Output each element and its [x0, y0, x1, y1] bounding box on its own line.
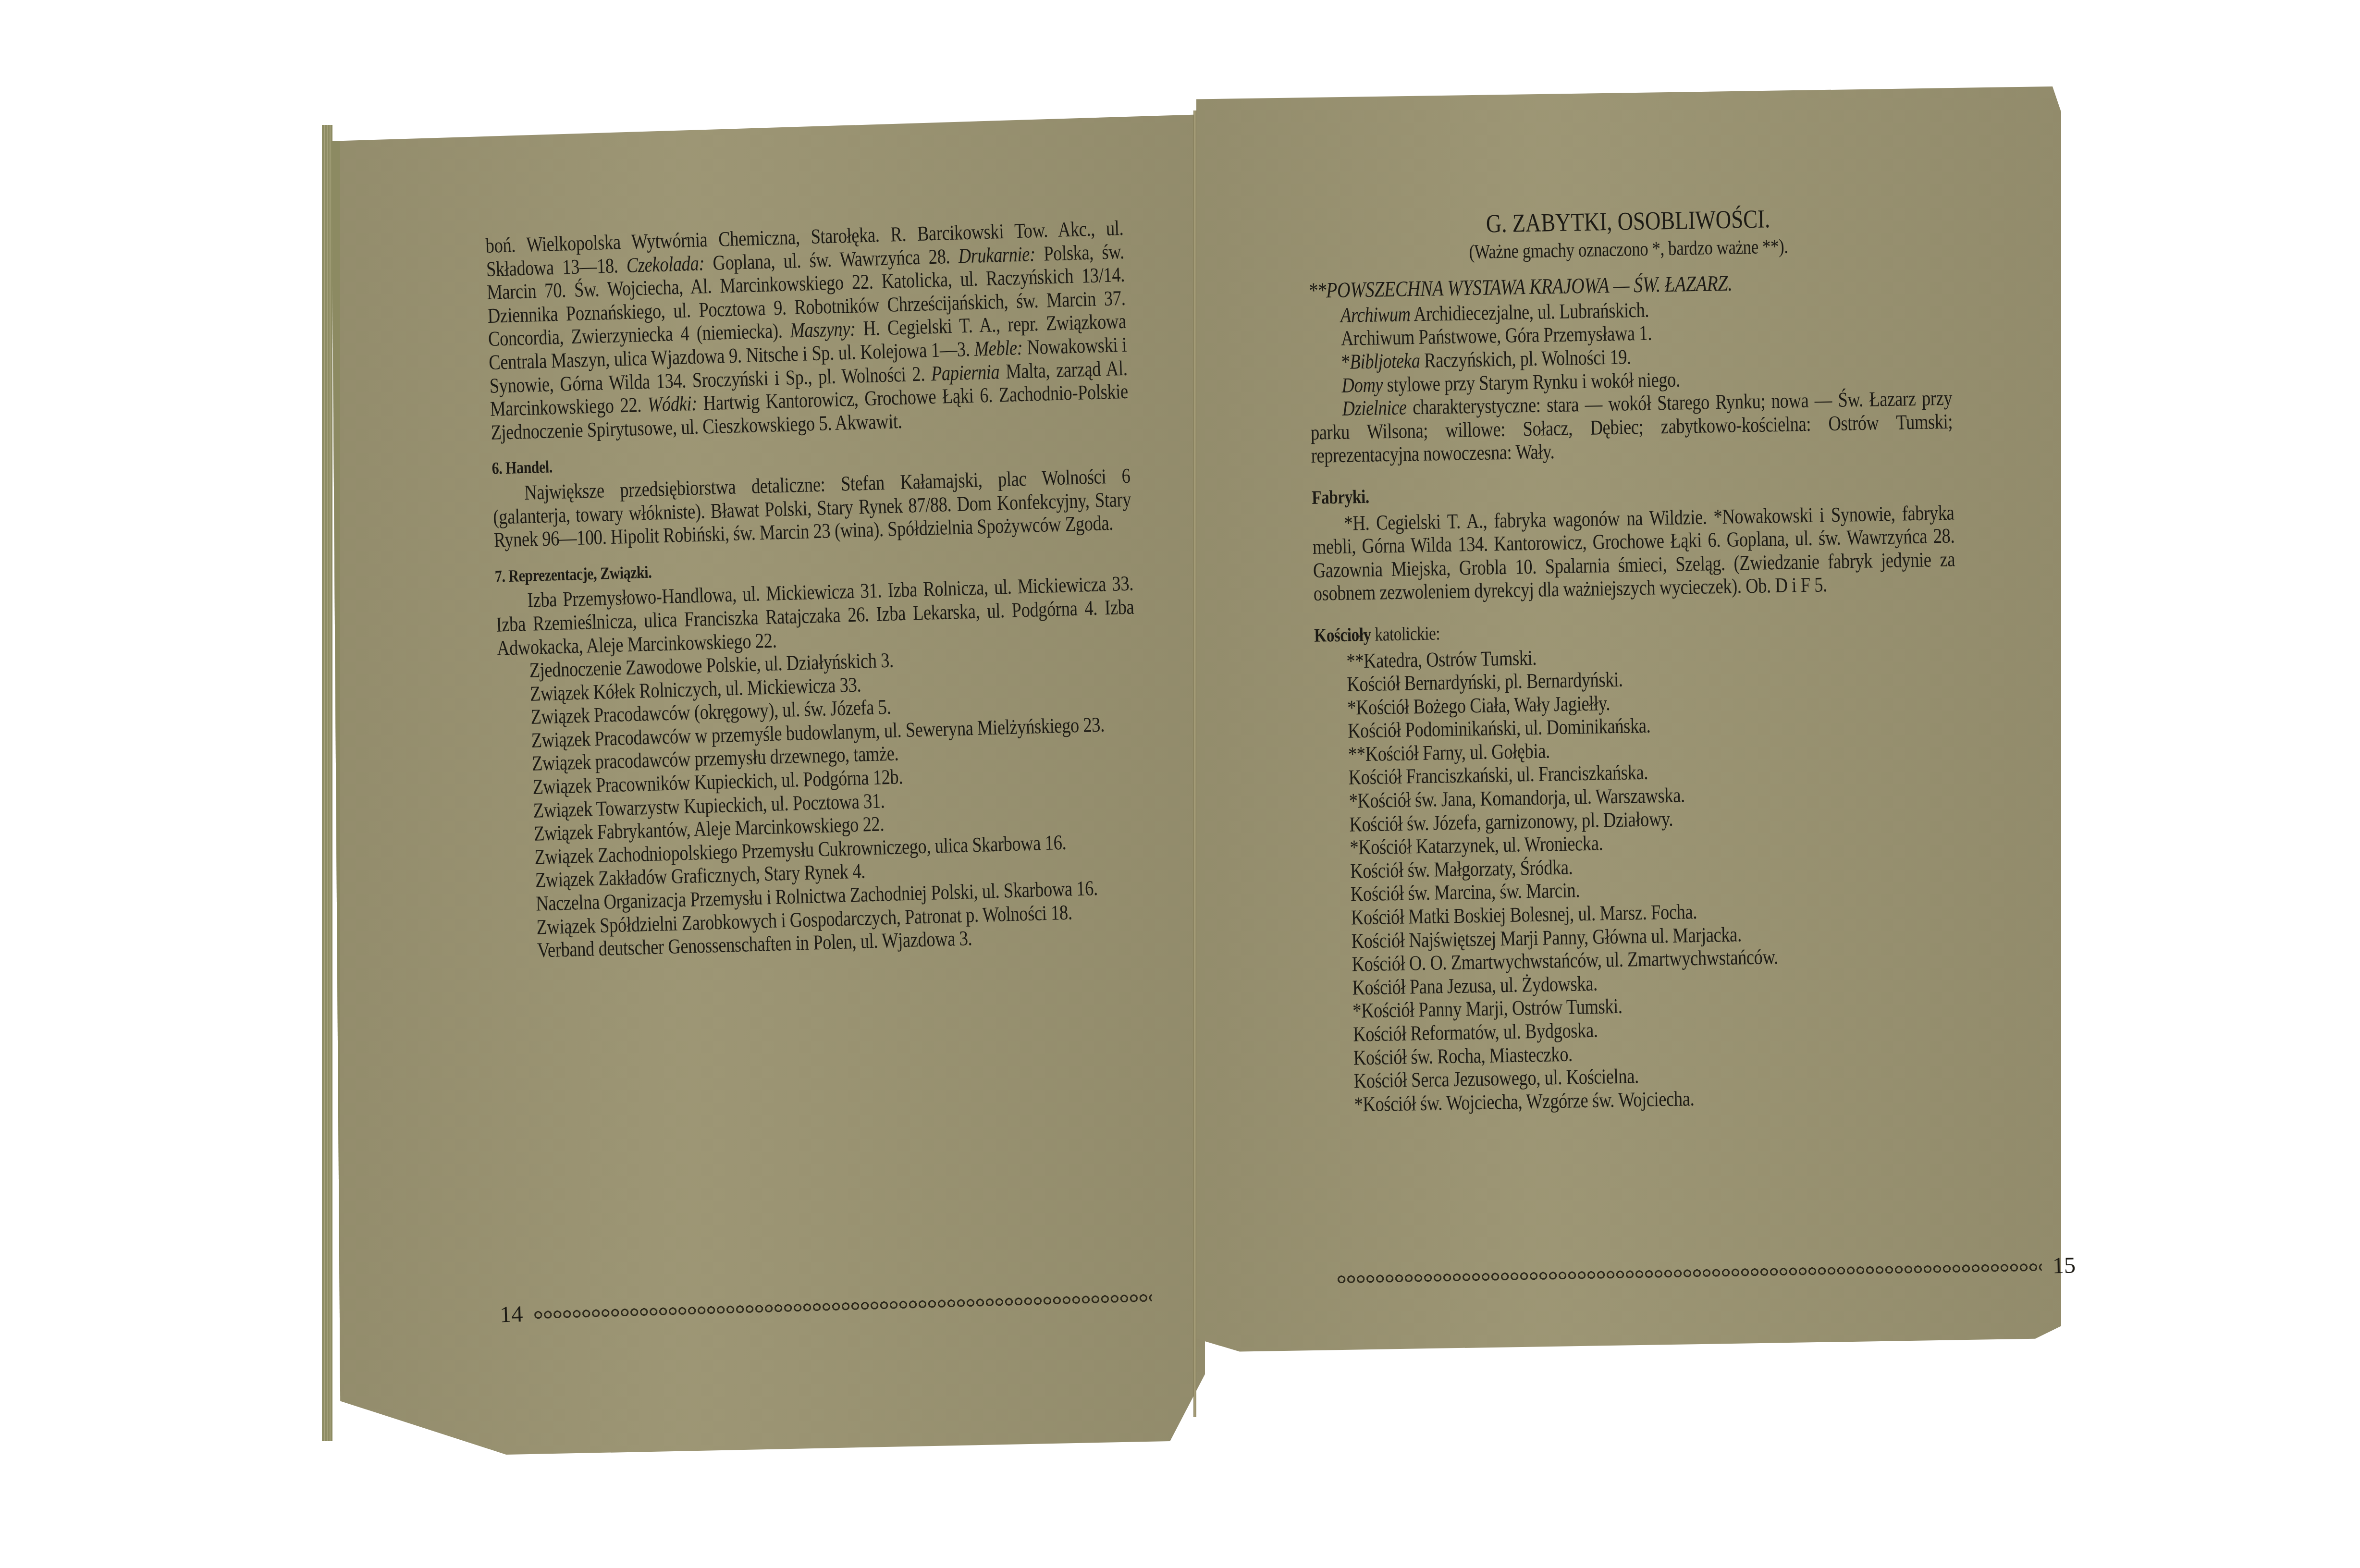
- chapter-note: (Ważne gmachy oznaczono *, bardzo ważne …: [1307, 232, 1950, 267]
- open-book: boń. Wielkopolska Wytwórnia Chemiczna, S…: [0, 0, 2360, 1568]
- page-number: 15: [2052, 1252, 2076, 1279]
- category-label: Meble:: [974, 336, 1023, 361]
- category-label: Wódki:: [647, 392, 697, 416]
- category-label: Drukarnie:: [958, 242, 1035, 268]
- category-label: Papiernia: [931, 360, 1000, 385]
- page-block-edge: [322, 125, 332, 1441]
- page-number: 14: [500, 1301, 524, 1328]
- continuation-paragraph: boń. Wielkopolska Wytwórnia Chemiczna, S…: [485, 217, 1129, 444]
- landmark-entry: Dzielnice charakterystyczne: stara — wok…: [1310, 387, 1954, 468]
- book-gutter: [1193, 110, 1196, 1417]
- right-page-text: G. ZABYTKI, OSOBLIWOŚCI. (Ważne gmachy o…: [1307, 204, 1965, 1117]
- factories-paragraph: *H. Cegielski T. A., fabryka wagonów na …: [1312, 501, 1955, 606]
- category-label: Maszyny:: [790, 317, 856, 343]
- category-label: Czekolada:: [626, 251, 704, 277]
- left-page-text: boń. Wielkopolska Wytwórnia Chemiczna, S…: [485, 217, 1143, 963]
- decorative-border-ornament: [1337, 1261, 2042, 1284]
